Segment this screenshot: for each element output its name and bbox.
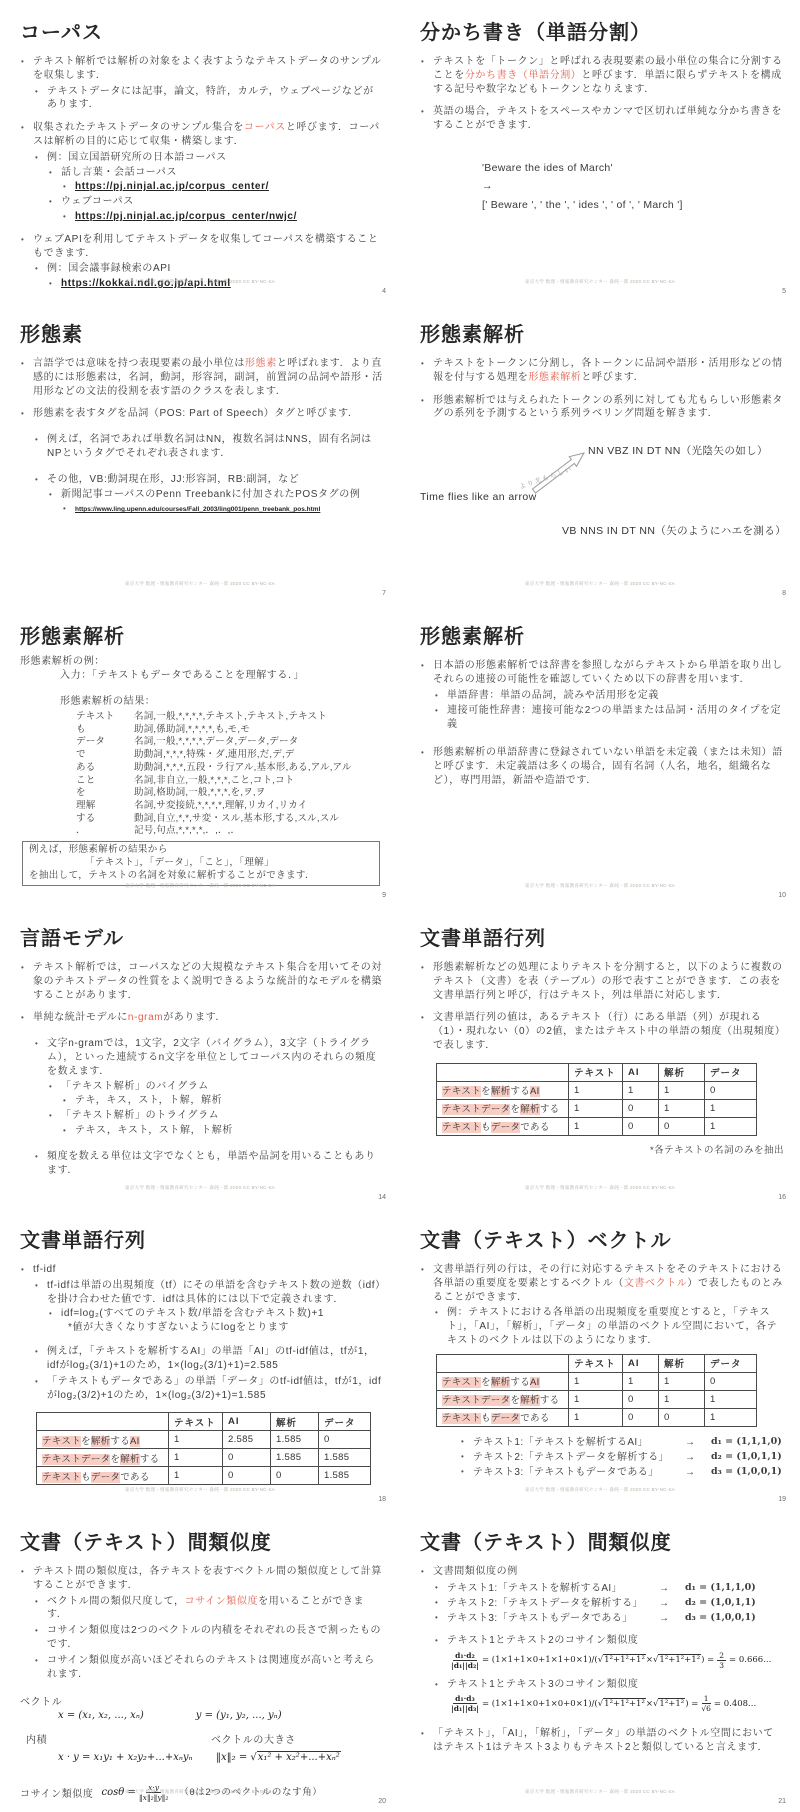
slide-doc-term-matrix: 文書単語行列 形態素解析などの処理によりテキストを分割すると，以下のように複数の… xyxy=(400,906,800,1208)
table-cell: 1 xyxy=(569,1081,623,1099)
text-run: する xyxy=(510,1086,530,1097)
bullet: 文書間類似度の例 xyxy=(420,1565,784,1579)
page-title: 文書単語行列 xyxy=(20,1224,384,1253)
morpheme-row: で助動詞,*,*,*,特殊・ダ,連用形,だ,デ,デ xyxy=(76,749,384,762)
table-cell: 1 xyxy=(169,1431,223,1449)
page-number: 9 xyxy=(382,892,386,899)
result-fraction: 23 xyxy=(717,1651,726,1670)
highlighted-term: テキスト xyxy=(442,1122,481,1133)
pos-tagging-diagram: NN VBZ IN DT NN（光陰矢の如し） より尤もらしい Time fli… xyxy=(420,439,784,559)
bullet: idf=log₂(すべてのテキスト数/単語を含むテキスト数)+1 xyxy=(48,1307,384,1321)
vector-value: d₂ = (1,0,1,1) xyxy=(711,1450,782,1465)
table-cell: 1 xyxy=(569,1408,623,1426)
radicand: 1²+1²+1² xyxy=(603,1654,646,1665)
table-cell: 1 xyxy=(659,1099,705,1117)
bullet: 例：テキストにおける各単語の出現頻度を重要度とすると，「テキスト」，「AI」，「… xyxy=(434,1306,784,1347)
table-cell: 1 xyxy=(705,1390,757,1408)
keyword-morph-analysis: 形態素解析 xyxy=(528,372,581,383)
bullet: テキスト解析では，コーパスなどの大規模なテキスト集合を用いてその対象のテキストデ… xyxy=(20,961,384,1002)
text-run: である xyxy=(120,1472,149,1483)
table-cell: 1 xyxy=(169,1449,223,1467)
sqrt-radical: 1²+1²+1² xyxy=(653,1655,701,1665)
slide-language-model: 言語モデル テキスト解析では，コーパスなどの大規模なテキスト集合を用いてその対象… xyxy=(0,906,400,1208)
source-sentence: Time flies like an arrow xyxy=(420,491,537,503)
bullet-text: 新聞記事コーパスのPenn Treebankに付加されたPOSタグの例 xyxy=(61,489,360,500)
bullet: コサイン類似度は2つのベクトルの内積をそれぞれの長さで割ったものです． xyxy=(34,1624,384,1652)
text-run: を xyxy=(481,1377,491,1388)
bullet: 英語の場合，テキストをスペースやカンマで区切れば単純な分かち書きをすることができ… xyxy=(420,105,784,133)
table-header-cell: テキスト xyxy=(169,1413,223,1431)
text-run: である xyxy=(520,1413,549,1424)
page-title: 文書（テキスト）間類似度 xyxy=(20,1526,384,1555)
fraction-denominator: |d₁||d₃| xyxy=(451,1704,479,1713)
bullet-text: 形態素解析の単語辞書に登録されていない単語を未定義（または未知）語と呼びます．未… xyxy=(433,747,783,786)
table-row-label: テキストを解析するAI xyxy=(437,1081,569,1099)
fraction-numerator: d₁·d₂ xyxy=(453,1651,477,1661)
arrow-down: → xyxy=(482,177,784,195)
fraction-denominator: |d₁||d₂| xyxy=(451,1661,479,1670)
table-cell: 0 xyxy=(705,1372,757,1390)
slide-morph-analysis-dict: 形態素解析 日本語の形態素解析では辞書を参照しながらテキストから単語を取り出しそ… xyxy=(400,604,800,906)
text-run: する xyxy=(510,1377,530,1388)
bullet: 例：国立国語研究所の日本語コーパス xyxy=(34,151,384,165)
page-title: 文書（テキスト）ベクトル xyxy=(420,1224,784,1253)
vector-value: d₃ = (1,0,0,1) xyxy=(685,1611,756,1626)
bullet: 言語学では意味を持つ表現要素の最小単位は形態素と呼ばれます．より直感的には形態素… xyxy=(20,357,384,398)
table-row-label: テキストデータを解析する xyxy=(437,1390,569,1408)
text-run: を xyxy=(510,1104,520,1115)
bullet-text: テキスト解析では，コーパスなどの大規模なテキスト集合を用いてその対象のテキストデ… xyxy=(33,962,382,1001)
bullet-text: 例えば，名詞であれば単数名詞はNN，複数名詞はNNS，固有名詞はNPというタグで… xyxy=(47,434,372,459)
link-ninjal-nwjc[interactable]: https://pj.ninjal.ac.jp/corpus_center/nw… xyxy=(75,211,297,222)
bullet: 頻度を数える単位は文字でなくとも，単語や品詞を用いることもあります． xyxy=(34,1150,384,1178)
vector-row: テキスト1:「テキストを解析するAI」→d₁ = (1,1,1,0) xyxy=(434,1581,784,1596)
table-cell: 0 xyxy=(623,1390,659,1408)
bullet: 単純な統計モデルにn-gramがあります． xyxy=(20,1011,384,1025)
page-title: 形態素解析 xyxy=(20,620,384,649)
bullet-text: 「テキスト」，「AI」，「解析」，「データ」の単語のベクトル空間においてはテキス… xyxy=(433,1728,774,1753)
bullet: テキスト1とテキスト2のコサイン類似度 xyxy=(434,1634,784,1648)
bullet: 「テキスト」，「AI」，「解析」，「データ」の単語のベクトル空間においてはテキス… xyxy=(420,1727,784,1755)
table-note: *各テキストの名詞のみを抽出 xyxy=(436,1142,784,1156)
keyword-doc-vector: 文書ベクトル xyxy=(624,1278,688,1289)
page-number: 18 xyxy=(378,1496,386,1503)
highlighted-term: テキスト xyxy=(42,1472,81,1483)
table-cell: 1 xyxy=(705,1408,757,1426)
bullet-text: 単純な統計モデルにn-gramがあります． xyxy=(33,1012,226,1023)
highlighted-term: テキスト xyxy=(442,1395,481,1406)
bullet-text: 「テキスト解析」のトライグラム xyxy=(61,1110,219,1121)
bullet-text: テキスト1とテキスト2のコサイン類似度 xyxy=(447,1635,638,1646)
bullet: テキストをトークンに分割し，各トークンに品詞や語形・活用形などの情報を付与する処… xyxy=(420,357,784,385)
bullet-text: テキス，キスト，スト解，ト解析 xyxy=(75,1125,233,1136)
vector-row: テキスト2:「テキストデータを解析する」→d₂ = (1,0,1,1) xyxy=(460,1450,784,1465)
highlighted-term: AI xyxy=(530,1377,540,1388)
formula-text: ) = xyxy=(685,1699,698,1709)
highlighted-term: 解析 xyxy=(520,1395,540,1406)
keyword-corpus: コーパス xyxy=(244,122,286,133)
bullet-text: テキスト間の類似度は，各テキストを表すベクトル間の類似度として計算することができ… xyxy=(33,1566,382,1591)
vector-value: d₁ = (1,1,1,0) xyxy=(711,1435,782,1450)
bullet: 形態素を表すタグを品詞（POS: Part of Speech）タグと呼びます． xyxy=(20,407,384,421)
morpheme-word: する xyxy=(76,813,134,826)
pos-sequence-unlikely: VB NNS IN DT NN（矢のようにハエを測る） xyxy=(562,523,784,538)
morpheme-word: ． xyxy=(76,825,134,838)
highlighted-term: データ xyxy=(81,1454,110,1465)
morpheme-row: テキスト名詞,一般,*,*,*,*,テキスト,テキスト,テキスト xyxy=(76,711,384,724)
vector-text-label: テキスト2:「テキストデータを解析する」 xyxy=(473,1450,685,1465)
morpheme-word: テキスト xyxy=(76,711,134,724)
right-arrow: → xyxy=(659,1611,685,1626)
formula-text: ) = xyxy=(701,1655,714,1665)
copyright-footer: 東京大学 数理・情報教育研究センター 森純一郎 2020 CC BY-NC-SA xyxy=(400,1185,800,1191)
table-cell: 1 xyxy=(623,1372,659,1390)
pos-sequence-likely: NN VBZ IN DT NN（光陰矢の如し） xyxy=(588,443,768,458)
highlighted-term: 解析 xyxy=(520,1104,540,1115)
page-title: 形態素 xyxy=(20,318,384,347)
bullet-text: 英語の場合，テキストをスペースやカンマで区切れば単純な分かち書きをすることができ… xyxy=(433,106,782,131)
table-cell: 1 xyxy=(569,1390,623,1408)
bullet-text: 連接可能性辞書：連接可能な2つの単語または品詞・活用のタイプを定義 xyxy=(447,705,781,730)
table-header-cell: 解析 xyxy=(659,1354,705,1372)
table-cell: 1 xyxy=(569,1372,623,1390)
table-header-cell: 解析 xyxy=(659,1063,705,1081)
vector-value: d₁ = (1,1,1,0) xyxy=(685,1581,756,1596)
copyright-footer: 東京大学 数理・情報教育研究センター 森純一郎 2020 CC BY-NC-SA xyxy=(400,581,800,587)
formula-result: = 0.666... xyxy=(729,1655,771,1665)
copyright-footer: 東京大学 数理・情報教育研究センター 森純一郎 2020 CC BY-NC-SA xyxy=(0,1487,400,1493)
example-intro: 形態素解析の例： xyxy=(20,655,384,669)
text-run: があります． xyxy=(163,1012,226,1023)
bullet-text: 文書間類似度の例 xyxy=(433,1566,518,1577)
bullet: tf-idf xyxy=(20,1263,384,1277)
vector-x: x = (x₁, x₂, ..., xₙ) xyxy=(58,1710,144,1721)
table-header-cell: データ xyxy=(705,1063,757,1081)
bullet: ウェブAPIを利用してテキストデータを収集してコーパスを構築することもできます． xyxy=(20,233,384,261)
table-row: テキストもデータである1001 xyxy=(437,1408,757,1426)
vector-label: ベクトル xyxy=(20,1693,384,1708)
table-cell: 0 xyxy=(659,1117,705,1135)
bullet-text: テキ，キス，スト，ト解，解析 xyxy=(75,1095,222,1106)
page-title: 分かち書き（単語分割） xyxy=(420,16,784,45)
bullet-text: ウェブAPIを利用してテキストデータを収集してコーパスを構築することもできます． xyxy=(33,234,378,259)
bullet-text: 形態素解析などの処理によりテキストを分割すると，以下のように複数のテキスト（文書… xyxy=(433,962,783,1001)
table-cell: 0 xyxy=(623,1099,659,1117)
text-run: する xyxy=(110,1436,130,1447)
bullet-text: ベクトル間の類似尺度して，コサイン類似度を用いることができます． xyxy=(47,1596,364,1621)
bullet-text: 文書単語行列の値は，あるテキスト（行）にある単語（列）が現れる（1）・現れない（… xyxy=(433,1012,780,1051)
right-arrow: → xyxy=(685,1435,711,1450)
bullet-text: 収集されたテキストデータのサンプル集合をコーパスと呼びます．コーパスは解析の目的… xyxy=(33,122,380,147)
morpheme-pos: 名詞,サ変接続,*,*,*,*,理解,リカイ,リカイ xyxy=(134,800,384,813)
table-header-cell: AI xyxy=(623,1063,659,1081)
radicand: 1²+1² xyxy=(658,1698,685,1709)
highlighted-term: テキスト xyxy=(442,1086,481,1097)
table-cell: 0 xyxy=(659,1408,705,1426)
slide-grid: コーパス テキスト解析では解析の対象をよく表すようなテキストデータのサンプルを収… xyxy=(0,0,800,1812)
bullet: テキスト1とテキスト3のコサイン類似度 xyxy=(434,1678,784,1692)
morpheme-result-list: テキスト名詞,一般,*,*,*,*,テキスト,テキスト,テキストも助詞,係助詞,… xyxy=(76,711,384,838)
highlighted-term: データ xyxy=(491,1122,520,1133)
table-header-cell: データ xyxy=(319,1413,371,1431)
copyright-footer: 東京大学 数理・情報教育研究センター 森純一郎 2020 CC BY-NC-SA xyxy=(0,1185,400,1191)
idf-note: *値が大きくなりすぎないようにlogをとります xyxy=(68,1321,384,1335)
bullet: 「テキストもデータである」の単語「データ」のtf-idf値は，tfが1，idfが… xyxy=(34,1375,384,1403)
right-arrow: → xyxy=(685,1465,711,1480)
bullet: テキスト間の類似度は，各テキストを表すベクトル間の類似度として計算することができ… xyxy=(20,1565,384,1593)
highlighted-term: 解析 xyxy=(491,1086,511,1097)
bullet: 形態素解析の単語辞書に登録されていない単語を未定義（または未知）語と呼びます．未… xyxy=(420,746,784,787)
table-header-cell: テキスト xyxy=(569,1354,623,1372)
morpheme-pos: 動詞,自立,*,*,サ変・スル,基本形,する,スル,スル xyxy=(134,813,384,826)
table-header-cell: データ xyxy=(705,1354,757,1372)
bullet-text: 日本語の形態素解析では辞書を参照しながらテキストから単語を取り出しそれらの連接の… xyxy=(433,660,783,685)
link-penn-treebank-pos[interactable]: https://www.ling.upenn.edu/courses/Fall_… xyxy=(75,506,320,513)
text-run: を xyxy=(481,1086,491,1097)
text-run: ベクトル間の類似尺度して， xyxy=(47,1596,185,1607)
morpheme-row: データ名詞,一般,*,*,*,*,データ,データ,データ xyxy=(76,736,384,749)
bullet: ベクトル間の類似尺度して，コサイン類似度を用いることができます． xyxy=(34,1595,384,1623)
vector-y: y = (y₁, y₂, ..., yₙ) xyxy=(196,1710,282,1721)
morpheme-row: ．記号,句点,*,*,*,*,．,．,． xyxy=(76,825,384,838)
morpheme-pos: 名詞,一般,*,*,*,*,テキスト,テキスト,テキスト xyxy=(134,711,384,724)
lhs-fraction: d₁·d₂|d₁||d₂| xyxy=(451,1651,479,1670)
morpheme-word: で xyxy=(76,749,134,762)
sqrt-radical: 1²+1² xyxy=(653,1699,685,1709)
vector-value: d₂ = (1,0,1,1) xyxy=(685,1596,756,1611)
morpheme-row: を助詞,格助詞,一般,*,*,*,を,ヲ,ヲ xyxy=(76,787,384,800)
morpheme-row: も助詞,係助詞,*,*,*,*,も,モ,モ xyxy=(76,724,384,737)
page-number: 7 xyxy=(382,590,386,597)
page-title: 形態素解析 xyxy=(420,620,784,649)
morpheme-row: する動詞,自立,*,*,サ変・スル,基本形,する,スル,スル xyxy=(76,813,384,826)
fraction-numerator: 2 xyxy=(717,1651,726,1661)
table-cell: 1.585 xyxy=(271,1449,319,1467)
table-row: テキストデータを解析する101.5851.585 xyxy=(37,1449,371,1467)
sqrt-radical: 1²+1²+1² xyxy=(598,1699,646,1709)
highlighted-term: データ xyxy=(91,1472,120,1483)
bullet-text: 話し言葉・会話コーパス xyxy=(61,167,177,178)
page-number: 16 xyxy=(778,1194,786,1201)
box-line: 「テキスト」，「データ」，「こと」，「理解」 xyxy=(29,857,373,870)
highlighted-term: データ xyxy=(491,1413,520,1424)
highlighted-term: テキスト xyxy=(442,1413,481,1424)
table-header-cell xyxy=(437,1354,569,1372)
radicand: x₁² + x₂²+...+xₙ² xyxy=(257,1751,341,1763)
math-formulas-row: x · y = x₁y₁ + x₂y₂+...+xₙyₙ ‖x‖₂ = x₁² … xyxy=(20,1752,384,1763)
vector-row: テキスト3:「テキストもデータである」→d₃ = (1,0,0,1) xyxy=(460,1465,784,1480)
bullet-text: 文書単語行列の行は，その行に対応するテキストをそのテキストにおける各単語の重要度… xyxy=(433,1264,783,1303)
text-run: も xyxy=(81,1472,91,1483)
copyright-footer: 東京大学 数理・情報教育研究センター 森純一郎 2020 CC BY-NC-SA xyxy=(400,1789,800,1795)
slide-doc-vector: 文書（テキスト）ベクトル 文書単語行列の行は，その行に対応するテキストをそのテキ… xyxy=(400,1208,800,1510)
slide-doc-similarity-example: 文書（テキスト）間類似度 文書間類似度の例 テキスト1:「テキストを解析するAI… xyxy=(400,1510,800,1812)
bullet-text: 頻度を数える単位は文字でなくとも，単語や品詞を用いることもあります． xyxy=(47,1151,376,1176)
vector-text-label: テキスト2:「テキストデータを解析する」 xyxy=(447,1596,659,1611)
bullet: 収集されたテキストデータのサンプル集合をコーパスと呼びます．コーパスは解析の目的… xyxy=(20,121,384,149)
bullet-text: 形態素解析では与えられたトークンの系列に対しても尤もらしい形態素タグの系列を予測… xyxy=(433,395,783,420)
bullet-text: 例：テキストにおける各単語の出現頻度を重要度とすると，「テキスト」，「AI」，「… xyxy=(447,1307,777,1346)
table-row: テキストデータを解析する1011 xyxy=(437,1390,757,1408)
slide-morph-analysis-example: 形態素解析 形態素解析の例： 入力：「テキストもデータであることを理解する．」 … xyxy=(0,604,400,906)
bullet: 例えば，名詞であれば単数名詞はNN，複数名詞はNNS，固有名詞はNPというタグで… xyxy=(34,433,384,461)
morpheme-pos: 助詞,係助詞,*,*,*,*,も,モ,モ xyxy=(134,724,384,737)
highlighted-term: テキスト xyxy=(442,1104,481,1115)
bullet: 形態素解析などの処理によりテキストを分割すると，以下のように複数のテキスト（文書… xyxy=(420,961,784,1002)
copyright-footer: 東京大学 数理・情報教育研究センター 森純一郎 2020 CC BY-NC-SA xyxy=(0,1789,400,1795)
fraction-numerator: 1 xyxy=(702,1694,711,1704)
table-row-label: テキストを解析するAI xyxy=(37,1431,169,1449)
table: テキストAI解析データテキストを解析するAI1110テキストデータを解析する10… xyxy=(436,1063,757,1136)
morpheme-pos: 記号,句点,*,*,*,*,．,．,． xyxy=(134,825,384,838)
page-number: 19 xyxy=(778,1496,786,1503)
bullet-text: テキストをトークンに分割し，各トークンに品詞や語形・活用形などの情報を付与する処… xyxy=(433,358,783,383)
doc-term-table: テキストAI解析データテキストを解析するAI1110テキストデータを解析する10… xyxy=(436,1063,784,1136)
bullet: その他，VB:動詞現在形，JJ:形容詞，RB:副詞，など xyxy=(34,473,384,487)
right-arrow: → xyxy=(659,1596,685,1611)
bullet: https://www.ling.upenn.edu/courses/Fall_… xyxy=(62,502,384,516)
table-row: テキストデータを解析する1011 xyxy=(437,1099,757,1117)
table-cell: 2.585 xyxy=(223,1431,271,1449)
text-run: を xyxy=(81,1436,91,1447)
bullet-text: ウェブコーパス xyxy=(61,196,134,207)
highlighted-term: 解析 xyxy=(120,1454,140,1465)
highlighted-term: データ xyxy=(481,1104,510,1115)
copyright-footer: 東京大学 数理・情報教育研究センター 森純一郎 2020 CC BY-NC-SA xyxy=(0,581,400,587)
page-number: 20 xyxy=(378,1798,386,1805)
page-title: コーパス xyxy=(20,16,384,45)
bullet: 例えば，「テキストを解析するAI」の単語「AI」のtf-idf値は，tfが1，i… xyxy=(34,1345,384,1373)
table-cell: 0 xyxy=(623,1117,659,1135)
bullet-text: 形態素を表すタグを品詞（POS: Part of Speech）タグと呼びます． xyxy=(33,408,359,419)
bullet-text: 単語辞書：単語の品詞，読みや活用形を定義 xyxy=(447,690,659,701)
bullet-text: 「テキストもデータである」の単語「データ」のtf-idf値は，tfが1，idfが… xyxy=(47,1376,381,1401)
magnitude-formula: ‖x‖₂ = x₁² + x₂²+...+xₙ² xyxy=(216,1752,341,1763)
box-line: 例えば，形態素解析の結果から xyxy=(29,844,373,857)
table-cell: 0 xyxy=(623,1408,659,1426)
table-header-cell: テキスト xyxy=(569,1063,623,1081)
bullet: 形態素解析では与えられたトークンの系列に対しても尤もらしい形態素タグの系列を予測… xyxy=(420,394,784,422)
table-row-label: テキストデータを解析する xyxy=(37,1449,169,1467)
bullet-text: コサイン類似度が高いほどそれらのテキストは関連度が高いと考えられます． xyxy=(47,1655,375,1680)
table-cell: 0 xyxy=(271,1467,319,1485)
formula-text: × xyxy=(646,1699,653,1709)
table-row: テキストを解析するAI12.5851.5850 xyxy=(37,1431,371,1449)
dot-product-formula: x · y = x₁y₁ + x₂y₂+...+xₙyₙ xyxy=(58,1752,216,1763)
bullet: 日本語の形態素解析では辞書を参照しながらテキストから単語を取り出しそれらの連接の… xyxy=(420,659,784,687)
morpheme-pos: 助詞,格助詞,一般,*,*,*,を,ヲ,ヲ xyxy=(134,787,384,800)
vector-value: d₃ = (1,0,0,1) xyxy=(711,1465,782,1480)
vector-text-label: テキスト3:「テキストもデータである」 xyxy=(447,1611,659,1626)
link-ninjal-corpus-center[interactable]: https://pj.ninjal.ac.jp/corpus_center/ xyxy=(75,181,269,192)
tokenize-example: 'Beware the ides of March' → [' Beware '… xyxy=(482,159,784,214)
keyword-ngram: n-gram xyxy=(128,1012,163,1023)
page-number: 10 xyxy=(778,892,786,899)
formula-result: = 0.408... xyxy=(714,1699,756,1709)
highlighted-term: テキスト xyxy=(442,1377,481,1388)
bullet: 連接可能性辞書：連接可能な2つの単語または品詞・活用のタイプを定義 xyxy=(434,704,784,732)
bullet-text: テキスト1とテキスト3のコサイン類似度 xyxy=(447,1679,638,1690)
doc-term-table: テキストAI解析データテキストを解析するAI1110テキストデータを解析する10… xyxy=(436,1354,784,1427)
bullet-text: tf-idf xyxy=(33,1264,56,1275)
table-cell: 1 xyxy=(623,1081,659,1099)
table-cell: 1 xyxy=(569,1099,623,1117)
table-cell: 1 xyxy=(705,1099,757,1117)
page-number: 5 xyxy=(782,288,786,295)
table-row-label: テキストもデータである xyxy=(437,1408,569,1426)
page-title: 文書単語行列 xyxy=(420,922,784,951)
table: テキストAI解析データテキストを解析するAI12.5851.5850テキストデー… xyxy=(36,1412,371,1485)
table-row-label: テキストもデータである xyxy=(37,1467,169,1485)
table-cell: 1.585 xyxy=(319,1449,371,1467)
bullet-text: 言語学では意味を持つ表現要素の最小単位は形態素と呼ばれます．より直感的には形態素… xyxy=(33,358,383,397)
table-row: テキストを解析するAI1110 xyxy=(437,1372,757,1390)
table-row-label: テキストを解析するAI xyxy=(437,1372,569,1390)
table-cell: 0 xyxy=(705,1081,757,1099)
bullet-text: テキストデータには記事，論文，特許，カルテ，ウェブページなどがあります． xyxy=(47,86,374,111)
fraction-denominator: √6 xyxy=(701,1704,711,1713)
vector-text-label: テキスト1:「テキストを解析するAI」 xyxy=(447,1581,659,1596)
dot-product-label: 内積 xyxy=(26,1731,211,1746)
cosine-computation-1: d₁·d₂|d₁||d₂| = (1×1+1×0+1×1+0×1)/(1²+1²… xyxy=(448,1651,784,1670)
fraction-denominator: 3 xyxy=(719,1661,724,1670)
bullet: tf-idfは単語の出現頻度（tf）にその単語を含むテキスト数の逆数（idf）を… xyxy=(34,1279,384,1307)
page-number: 8 xyxy=(782,590,786,597)
example-input: 入力：「テキストもデータであることを理解する．」 xyxy=(60,669,384,683)
morpheme-word: を xyxy=(76,787,134,800)
radicand: 1²+1²+1² xyxy=(658,1654,701,1665)
sqrt-radical: x₁² + x₂²+...+xₙ² xyxy=(250,1751,340,1763)
bullet: 「テキスト解析」のトライグラム xyxy=(48,1109,384,1123)
slide-tfidf: 文書単語行列 tf-idf tf-idfは単語の出現頻度（tf）にその単語を含む… xyxy=(0,1208,400,1510)
cosine-computation-2: d₁·d₃|d₁||d₃| = (1×1+1×0+1×0+0×1)/(1²+1²… xyxy=(448,1694,784,1713)
lhs-fraction: d₁·d₃|d₁||d₃| xyxy=(451,1694,479,1713)
slide-doc-similarity-def: 文書（テキスト）間類似度 テキスト間の類似度は，各テキストを表すベクトル間の類似… xyxy=(0,1510,400,1812)
table-header-cell xyxy=(37,1413,169,1431)
bullet-text: 例えば，「テキストを解析するAI」の単語「AI」のtf-idf値は，tfが1，i… xyxy=(47,1346,375,1371)
table-row: テキストを解析するAI1110 xyxy=(437,1081,757,1099)
text-run: と呼びます． xyxy=(581,372,644,383)
text-run: も xyxy=(481,1122,491,1133)
vector-row: テキスト1:「テキストを解析するAI」→d₁ = (1,1,1,0) xyxy=(460,1435,784,1450)
text-run: 収集されたテキストデータのサンプル集合を xyxy=(33,122,244,133)
table-cell: 1 xyxy=(569,1117,623,1135)
bullet: 文書単語行列の値は，あるテキスト（行）にある単語（列）が現れる（1）・現れない（… xyxy=(420,1011,784,1052)
fraction-numerator: d₁·d₃ xyxy=(453,1694,477,1704)
morpheme-word: こと xyxy=(76,775,134,788)
result-label: 形態素解析の結果： xyxy=(60,695,384,709)
highlighted-term: データ xyxy=(481,1395,510,1406)
table-row: テキストもデータである1001 xyxy=(437,1117,757,1135)
table-cell: 0 xyxy=(319,1431,371,1449)
morpheme-pos: 名詞,非自立,一般,*,*,*,こと,コト,コト xyxy=(134,775,384,788)
table-cell: 1 xyxy=(659,1081,705,1099)
morpheme-pos: 助動詞,*,*,*,特殊・ダ,連用形,だ,デ,デ xyxy=(134,749,384,762)
bullet: テキス，キスト，スト解，ト解析 xyxy=(62,1124,384,1138)
vector-text-label: テキスト3:「テキストもデータである」 xyxy=(473,1465,685,1480)
text-run: する xyxy=(540,1395,560,1406)
slide-morpheme: 形態素 言語学では意味を持つ表現要素の最小単位は形態素と呼ばれます．より直感的に… xyxy=(0,302,400,604)
bullet-text: コサイン類似度は2つのベクトルの内積をそれぞれの長さで割ったものです． xyxy=(47,1625,381,1650)
tfidf-table: テキストAI解析データテキストを解析するAI12.5851.5850テキストデー… xyxy=(36,1412,384,1485)
morpheme-word: ある xyxy=(76,762,134,775)
bullet-text: テキストを「トークン」と呼ばれる表現要素の最小単位の集合に分割することを分かち書… xyxy=(433,56,783,95)
bullet: テキ，キス，スト，ト解，解析 xyxy=(62,1094,384,1108)
highlighted-term: テキスト xyxy=(42,1454,81,1465)
morpheme-word: 理解 xyxy=(76,800,134,813)
page-number: 14 xyxy=(378,1194,386,1201)
bullet: 例：国会議事録検索のAPI xyxy=(34,262,384,276)
